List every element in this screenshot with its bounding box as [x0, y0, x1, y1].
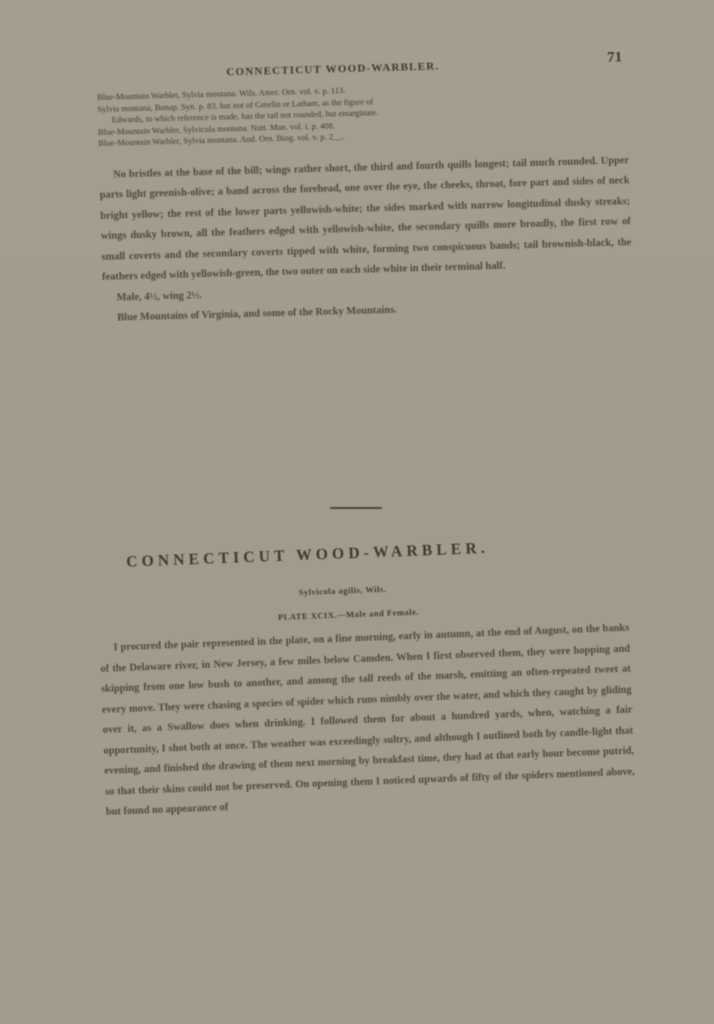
page-number: 71: [607, 49, 622, 66]
section-divider: [330, 507, 382, 509]
previous-entry-section: CONNECTICUT WOOD-WARBLER. 71 Blue-Mounta…: [96, 45, 633, 328]
entry-body: I procured the pair represented in the p…: [99, 619, 636, 824]
synonymy-block: Blue-Mountain Warbler, Sylvia montana. W…: [97, 77, 628, 149]
entry-title: CONNECTICUT WOOD-WARBLER.: [126, 535, 626, 572]
description-paragraph: No bristles at the base of the bill; win…: [99, 151, 632, 289]
document-page: CONNECTICUT WOOD-WARBLER. 71 Blue-Mounta…: [0, 0, 714, 1024]
description-text: No bristles at the base of the bill; win…: [99, 151, 632, 289]
entry-section: CONNECTICUT WOOD-WARBLER. Sylvicola agil…: [96, 535, 636, 824]
scientific-name: Sylvicola agilis, Wils.: [98, 576, 588, 605]
entry-body-text: I procured the pair represented in the p…: [99, 619, 636, 824]
running-title: CONNECTICUT WOOD-WARBLER.: [226, 60, 439, 78]
